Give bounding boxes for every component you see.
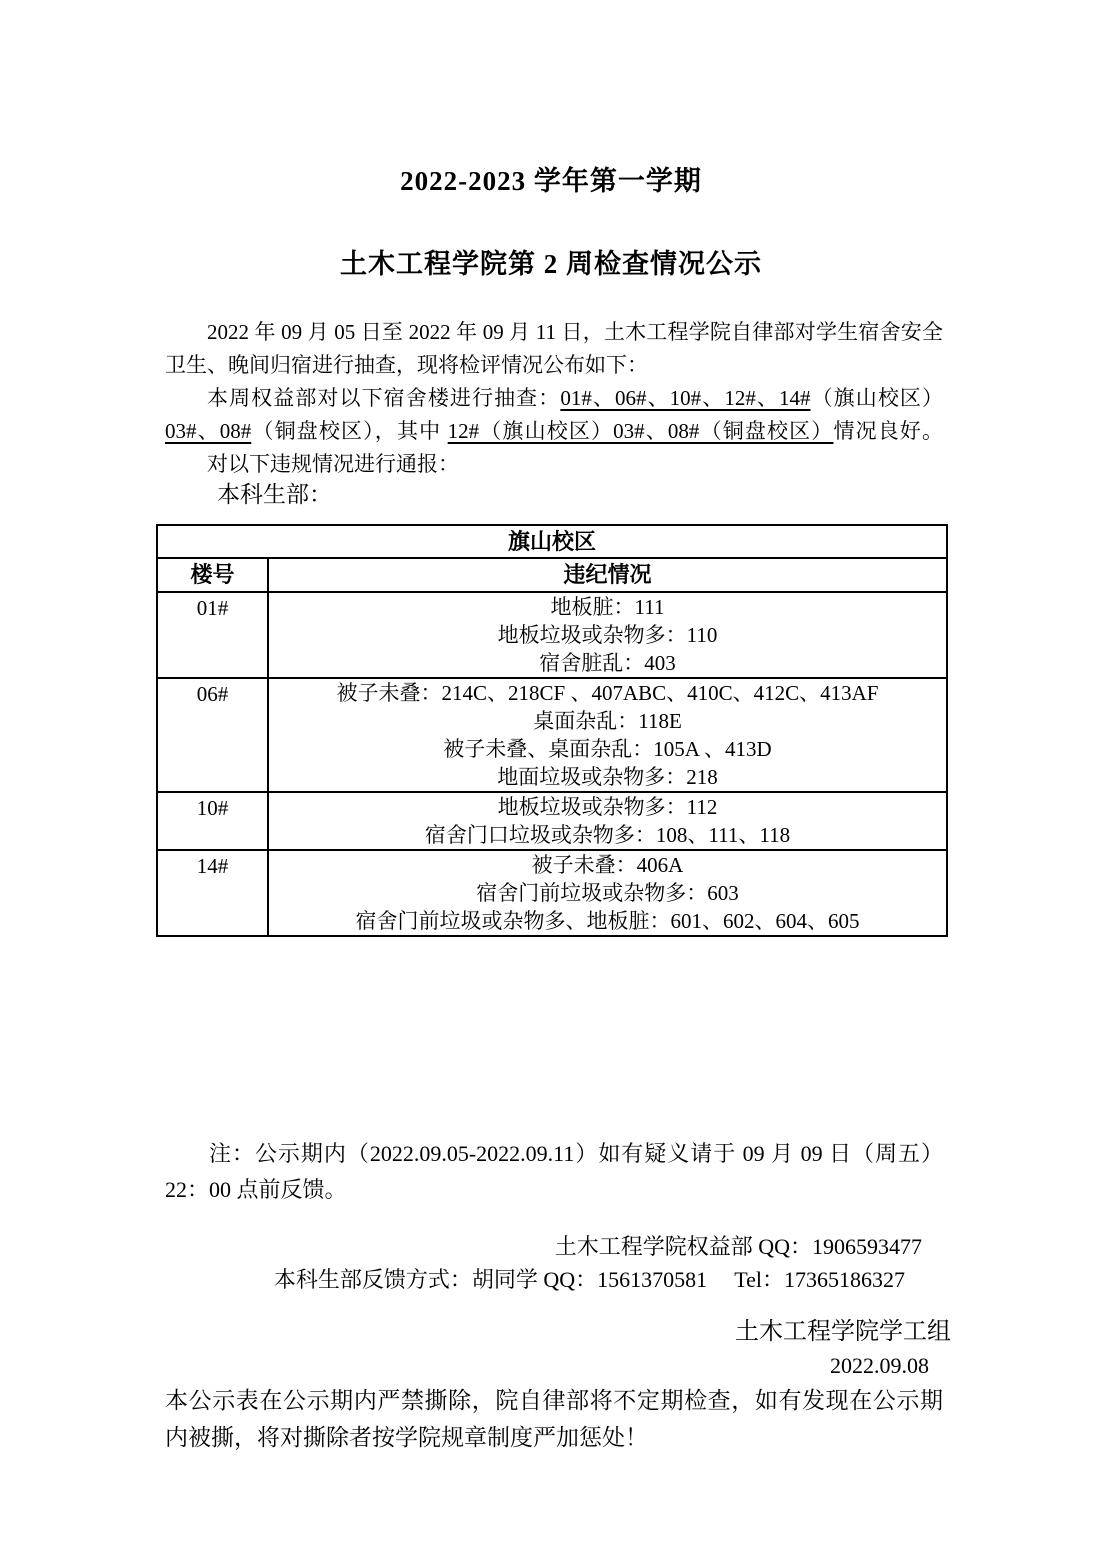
violation-cell: 地板脏：111 地板垃圾或杂物多：110 宿舍脏乱：403 bbox=[268, 592, 947, 678]
contact-line-rights-dept: 土木工程学院权益部 QQ：1906593477 bbox=[0, 1231, 1102, 1263]
violation-line: 宿舍门前垃圾或杂物多、地板脏：601、602、604、605 bbox=[269, 907, 946, 935]
note-paragraph: 注：公示期内（2022.09.05-2022.09.11）如有疑义请于 09 月… bbox=[165, 1136, 943, 1208]
violation-cell: 地板垃圾或杂物多：112 宿舍门口垃圾或杂物多：108、111、118 bbox=[268, 792, 947, 850]
signature-organization: 土木工程学院学工组 bbox=[0, 1316, 1102, 1348]
survey-paragraph: 本周权益部对以下宿舍楼进行抽查：01#、06#、10#、12#、14#（旗山校区… bbox=[165, 382, 943, 448]
violation-line: 被子未叠、桌面杂乱：105A 、413D bbox=[269, 735, 946, 763]
column-header-violation: 违纪情况 bbox=[268, 558, 947, 592]
column-header-building: 楼号 bbox=[157, 558, 268, 592]
table-row: 01# 地板脏：111 地板垃圾或杂物多：110 宿舍脏乱：403 bbox=[157, 592, 947, 678]
violation-line: 宿舍门口垃圾或杂物多：108、111、118 bbox=[269, 821, 946, 849]
text-segment: 本周权益部对以下宿舍楼进行抽查： bbox=[207, 386, 560, 410]
page-title-notice: 土木工程学院第 2 周检查情况公示 bbox=[0, 246, 1102, 282]
violation-line: 桌面杂乱：118E bbox=[269, 707, 946, 735]
table-row: 06# 被子未叠：214C、218CF 、407ABC、410C、412C、41… bbox=[157, 678, 947, 792]
page-title-semester: 2022-2023 学年第一学期 bbox=[0, 163, 1102, 199]
text-segment: 情况良好。 bbox=[833, 419, 943, 443]
survey-line-2: 03#、08#（铜盘校区），其中 12#（旗山校区）03#、08#（铜盘校区）情… bbox=[165, 415, 943, 448]
intro-paragraph: 2022 年 09 月 05 日至 2022 年 09 月 11 日，土木工程学… bbox=[165, 316, 943, 382]
violation-line: 被子未叠：406A bbox=[269, 851, 946, 879]
violation-line: 宿舍脏乱：403 bbox=[269, 649, 946, 677]
table-row: 10# 地板垃圾或杂物多：112 宿舍门口垃圾或杂物多：108、111、118 bbox=[157, 792, 947, 850]
underlined-buildings-qishan: 01#、06#、10#、12#、14# bbox=[560, 386, 810, 410]
building-cell: 01# bbox=[157, 592, 268, 678]
document-page: 2022-2023 学年第一学期 土木工程学院第 2 周检查情况公示 2022 … bbox=[0, 0, 1102, 1557]
note-block: 注：公示期内（2022.09.05-2022.09.11）如有疑义请于 09 月… bbox=[165, 1136, 943, 1208]
inspection-table: 旗山校区 楼号 违纪情况 01# 地板脏：111 地板垃圾或杂物多：110 宿舍… bbox=[156, 524, 948, 937]
table-row: 14# 被子未叠：406A 宿舍门前垃圾或杂物多：603 宿舍门前垃圾或杂物多、… bbox=[157, 850, 947, 936]
violation-line: 地板垃圾或杂物多：110 bbox=[269, 621, 946, 649]
building-cell: 14# bbox=[157, 850, 268, 936]
building-cell: 06# bbox=[157, 678, 268, 792]
violation-line: 宿舍门前垃圾或杂物多：603 bbox=[269, 879, 946, 907]
underlined-buildings-tongpan: 03#、08# bbox=[165, 419, 251, 443]
survey-line-1: 本周权益部对以下宿舍楼进行抽查：01#、06#、10#、12#、14#（旗山校区… bbox=[165, 382, 943, 415]
notice-paragraph: 对以下违规情况进行通报： bbox=[165, 448, 943, 481]
underlined-good-buildings: 12#（旗山校区）03#、08#（铜盘校区） bbox=[448, 419, 834, 443]
footer-warning: 本公示表在公示期内严禁撕除，院自律部将不定期检查，如有发现在公示期内被撕，将对撕… bbox=[165, 1382, 943, 1456]
signature-date: 2022.09.08 bbox=[0, 1350, 1102, 1382]
violation-line: 被子未叠：214C、218CF 、407ABC、410C、412C、413AF bbox=[269, 679, 946, 707]
table-header-row: 楼号 违纪情况 bbox=[157, 558, 947, 592]
text-segment: （旗山校区） bbox=[811, 386, 944, 410]
body-text: 2022 年 09 月 05 日至 2022 年 09 月 11 日，土木工程学… bbox=[165, 316, 943, 481]
violation-cell: 被子未叠：214C、218CF 、407ABC、410C、412C、413AF … bbox=[268, 678, 947, 792]
building-cell: 10# bbox=[157, 792, 268, 850]
violation-cell: 被子未叠：406A 宿舍门前垃圾或杂物多：603 宿舍门前垃圾或杂物多、地板脏：… bbox=[268, 850, 947, 936]
violation-line: 地板垃圾或杂物多：112 bbox=[269, 793, 946, 821]
table-campus-row: 旗山校区 bbox=[157, 525, 947, 558]
campus-header-cell: 旗山校区 bbox=[157, 525, 947, 558]
violation-line: 地面垃圾或杂物多：218 bbox=[269, 763, 946, 791]
contact-line-feedback: 本科生部反馈方式：胡同学 QQ：1561370581 Tel：173651863… bbox=[0, 1264, 1102, 1296]
text-segment: （铜盘校区），其中 bbox=[251, 419, 447, 443]
department-label: 本科生部： bbox=[217, 480, 332, 510]
violation-line: 地板脏：111 bbox=[269, 593, 946, 621]
